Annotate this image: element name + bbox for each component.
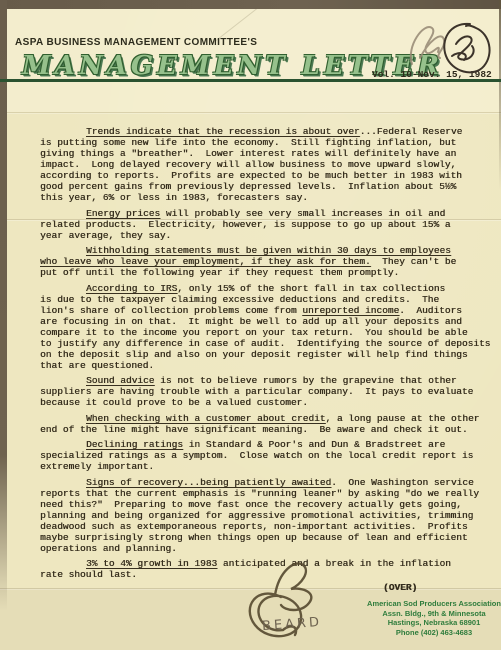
scanned-letter-page: ASPA BUSINESS MANAGEMENT COMMITTEE'S MAN… [0,0,501,650]
paper-edge-top [0,0,501,9]
address-line: American Sod Producers Association [364,599,501,609]
paragraph: Trends indicate that the recession is ab… [40,126,498,203]
paragraph: According to IRS, only 15% of the short … [40,283,498,371]
fold-crease [0,112,501,113]
underlined-phrase: Energy prices [86,208,160,219]
handwritten-signature-icon [237,555,337,650]
address-line: Hastings, Nebraska 68901 [364,618,501,628]
handwritten-initials-icon [398,12,493,84]
underlined-phrase: Declining ratings [86,439,183,450]
paper-edge-left [0,0,7,650]
paragraph: Signs of recovery...being patiently awai… [40,477,498,554]
underlined-phrase: When checking with a customer about cred… [86,413,325,424]
letter-body: Trends indicate that the recession is ab… [40,126,498,585]
paragraph: Withholding statements must be given wit… [40,245,498,278]
text-segment: . One Washington service reports that th… [40,477,479,554]
text-segment: ...Federal Reserve is putting some new l… [40,126,462,203]
paragraph: When checking with a customer about cred… [40,413,498,435]
address-line: Assn. Bldg., 9th & Minnesota [364,609,501,619]
underlined-phrase: Signs of recovery...being patiently awai… [86,477,331,488]
underlined-phrase: unreported income [302,305,399,316]
underlined-phrase: Sound advice [86,375,154,386]
paragraph: Declining ratings in Standard & Poor's a… [40,439,498,472]
association-address: American Sod Producers Association Assn.… [364,599,501,637]
underlined-phrase: 3% to 4% growth in 1983 [86,558,217,569]
paragraph: Sound advice is not to believe rumors by… [40,375,498,408]
committee-name: ASPA BUSINESS MANAGEMENT COMMITTEE'S [15,37,257,48]
underlined-phrase: According to IRS [86,283,177,294]
underlined-phrase: Trends indicate that the recession is ab… [86,126,360,137]
paragraph: Energy prices will probably see very sma… [40,208,498,241]
address-line: Phone (402) 463-4683 [364,628,501,638]
over-label: (OVER) [383,582,417,593]
